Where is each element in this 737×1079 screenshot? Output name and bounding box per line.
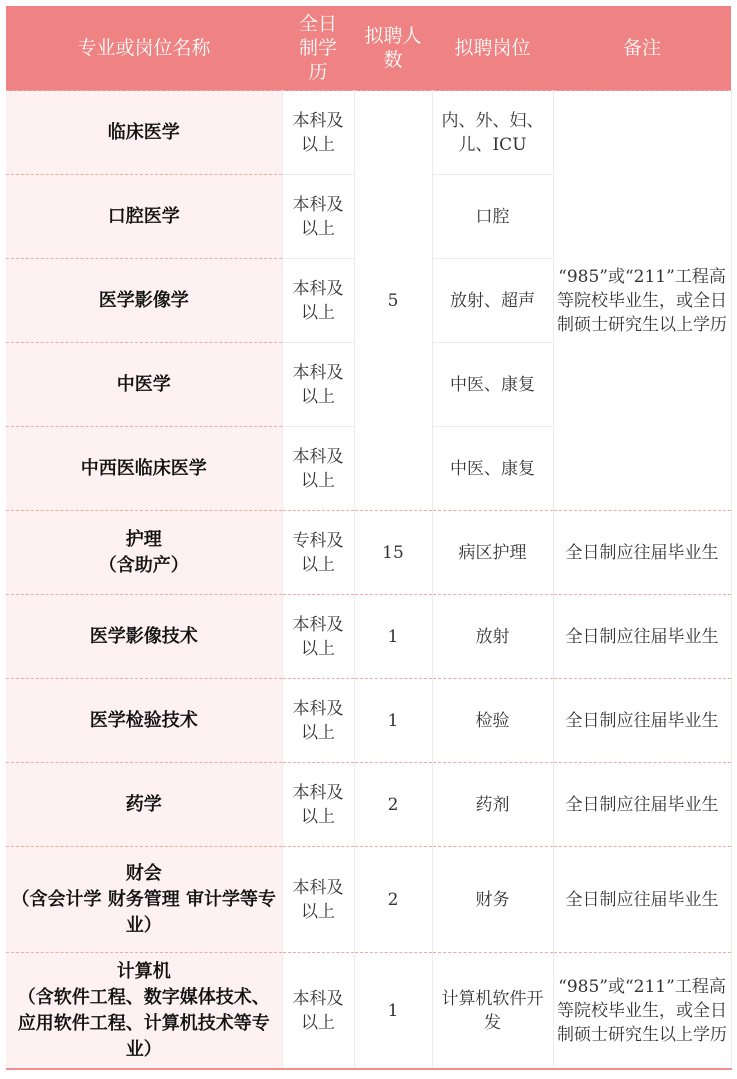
education-cell: 本科及以上 — [282, 595, 354, 679]
header-position: 拟聘岗位 — [432, 6, 553, 91]
major-cell: 中西医临床医学 — [6, 427, 282, 511]
count-cell: 2 — [354, 763, 432, 847]
remark-cell: 全日制应往届毕业生 — [553, 847, 731, 953]
count-cell: 1 — [354, 595, 432, 679]
position-cell: 药剂 — [432, 763, 553, 847]
table-header-row: 专业或岗位名称 全日 制学 历 拟聘人 数 拟聘岗位 备注 — [6, 6, 731, 91]
remark-cell-merged: “985”或“211”工程高等院校毕业生，或全日制硕士研究生以上学历 — [553, 91, 731, 511]
table-row: 医学影像技术 本科及以上 1 放射 全日制应往届毕业生 — [6, 595, 731, 679]
position-cell: 放射、超声 — [432, 259, 553, 343]
count-cell: 2 — [354, 847, 432, 953]
table-row: 临床医学 本科及以上 5 内、外、妇、儿、ICU “985”或“211”工程高等… — [6, 91, 731, 175]
position-cell: 口腔 — [432, 175, 553, 259]
count-cell: 1 — [354, 679, 432, 763]
education-cell: 本科及以上 — [282, 175, 354, 259]
position-cell: 放射 — [432, 595, 553, 679]
position-cell: 内、外、妇、儿、ICU — [432, 91, 553, 175]
table-row: 护理 （含助产） 专科及以上 15 病区护理 全日制应往届毕业生 — [6, 511, 731, 595]
position-cell: 计算机软件开发 — [432, 953, 553, 1070]
table-row: 医学检验技术 本科及以上 1 检验 全日制应往届毕业生 — [6, 679, 731, 763]
major-cell: 护理 （含助产） — [6, 511, 282, 595]
count-cell: 1 — [354, 953, 432, 1070]
remark-cell: 全日制应往届毕业生 — [553, 595, 731, 679]
major-cell: 口腔医学 — [6, 175, 282, 259]
header-count: 拟聘人 数 — [354, 6, 432, 91]
major-cell: 医学影像技术 — [6, 595, 282, 679]
major-cell: 计算机 （含软件工程、数字媒体技术、应用软件工程、计算机技术等专业） — [6, 953, 282, 1070]
education-cell: 本科及以上 — [282, 343, 354, 427]
header-education: 全日 制学 历 — [282, 6, 354, 91]
education-cell: 本科及以上 — [282, 847, 354, 953]
recruitment-table: 专业或岗位名称 全日 制学 历 拟聘人 数 拟聘岗位 备注 临床医学 本科及以上… — [6, 6, 732, 1070]
education-cell: 本科及以上 — [282, 679, 354, 763]
education-cell: 本科及以上 — [282, 953, 354, 1070]
education-cell: 本科及以上 — [282, 91, 354, 175]
major-cell: 医学检验技术 — [6, 679, 282, 763]
education-cell: 本科及以上 — [282, 259, 354, 343]
header-major: 专业或岗位名称 — [6, 6, 282, 91]
major-cell: 医学影像学 — [6, 259, 282, 343]
education-cell: 本科及以上 — [282, 763, 354, 847]
major-cell: 临床医学 — [6, 91, 282, 175]
table-row: 药学 本科及以上 2 药剂 全日制应往届毕业生 — [6, 763, 731, 847]
count-cell-merged: 5 — [354, 91, 432, 511]
position-cell: 检验 — [432, 679, 553, 763]
position-cell: 中医、康复 — [432, 343, 553, 427]
remark-cell: 全日制应往届毕业生 — [553, 763, 731, 847]
header-remark: 备注 — [553, 6, 731, 91]
position-cell: 中医、康复 — [432, 427, 553, 511]
major-cell: 财会 （含会计学 财务管理 审计学等专业） — [6, 847, 282, 953]
position-cell: 财务 — [432, 847, 553, 953]
count-cell: 15 — [354, 511, 432, 595]
table-row: 财会 （含会计学 财务管理 审计学等专业） 本科及以上 2 财务 全日制应往届毕… — [6, 847, 731, 953]
major-cell: 药学 — [6, 763, 282, 847]
education-cell: 本科及以上 — [282, 427, 354, 511]
remark-cell: “985”或“211”工程高等院校毕业生，或全日制硕士研究生以上学历 — [553, 953, 731, 1070]
remark-cell: 全日制应往届毕业生 — [553, 511, 731, 595]
major-cell: 中医学 — [6, 343, 282, 427]
position-cell: 病区护理 — [432, 511, 553, 595]
education-cell: 专科及以上 — [282, 511, 354, 595]
table-row: 计算机 （含软件工程、数字媒体技术、应用软件工程、计算机技术等专业） 本科及以上… — [6, 953, 731, 1070]
remark-cell: 全日制应往届毕业生 — [553, 679, 731, 763]
